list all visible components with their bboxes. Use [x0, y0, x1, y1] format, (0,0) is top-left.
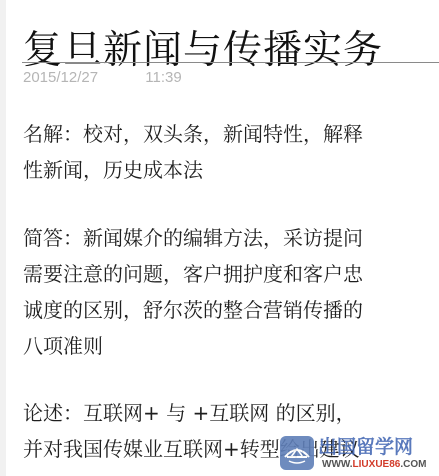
- article-meta: 2015/12/27 11:39: [23, 68, 182, 88]
- site-watermark: 出国留学网 WWW.LIUXUE86.COM: [280, 436, 439, 476]
- paragraph-line: 性新闻，历史成本法: [23, 152, 423, 188]
- paragraph-line: 名解：校对，双头条，新闻特性，解释: [23, 116, 423, 152]
- paragraph-short-answer: 简答：新闻媒介的编辑方法，采访提问 需要注意的问题，客户拥护度和客户忠 诚度的区…: [23, 220, 423, 364]
- watermark-url: WWW.LIUXUE86.COM: [322, 459, 426, 471]
- article-date: 2015/12/27: [23, 69, 98, 86]
- article-time: 11:39: [145, 69, 181, 86]
- globe-logo-icon: [280, 436, 314, 470]
- left-margin: [0, 0, 6, 476]
- paragraph-line: 需要注意的问题，客户拥护度和客户忠: [23, 256, 423, 292]
- title-divider: [22, 62, 439, 63]
- paragraph-line: 诚度的区别，舒尔茨的整合营销传播的: [23, 292, 423, 328]
- paragraph-line: 简答：新闻媒介的编辑方法，采访提问: [23, 220, 423, 256]
- paragraph-line: 八项准则: [23, 328, 423, 364]
- paragraph-term-explanation: 名解：校对，双头条，新闻特性，解释 性新闻，历史成本法: [23, 116, 423, 188]
- paragraph-line: 论述：互联网+ 与 +互联网 的区别，: [23, 395, 423, 431]
- watermark-name: 出国留学网: [318, 436, 413, 458]
